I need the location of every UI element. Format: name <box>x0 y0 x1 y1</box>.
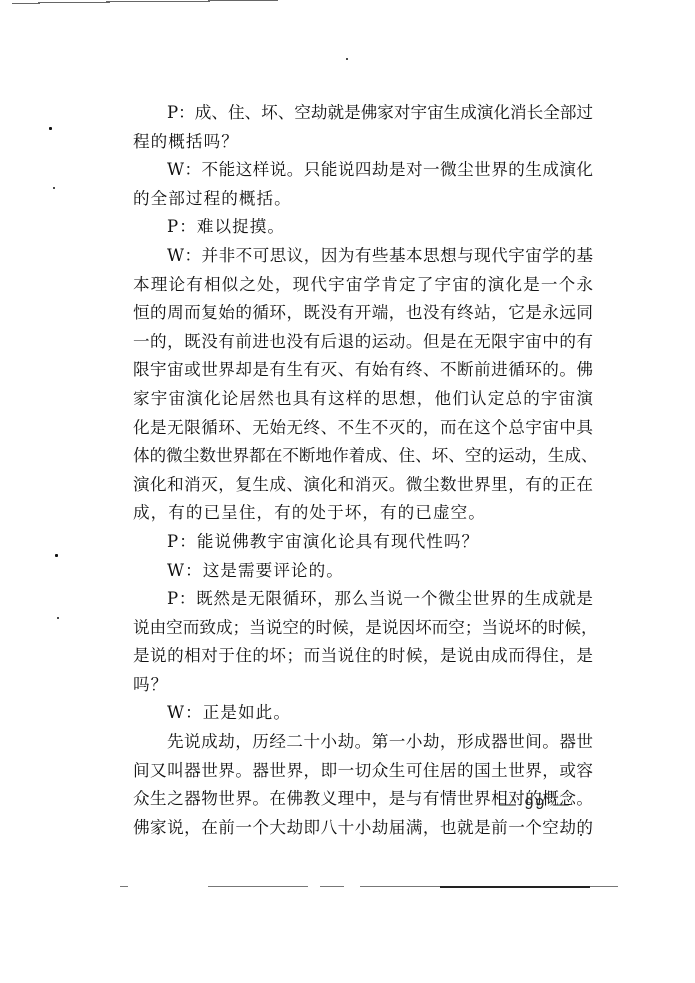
text-line: 吗？ <box>133 671 593 700</box>
text-line: W：并非不可思议，因为有些基本思想与现代宇宙学的基 <box>133 242 593 271</box>
text-line: 佛家说，在前一个大劫即八十小劫届满，也就是前一个空劫的 <box>133 814 593 843</box>
text-line: 演化和消灭，复生成、演化和消灭。微尘数世界里，有的正在 <box>133 471 593 500</box>
text-line: 恒的周而复始的循环，既没有开端，也没有终站，它是永远同 <box>133 299 593 328</box>
page-body-text: P：成、住、坏、空劫就是佛家对宇宙生成演化消长全部过程的概括吗？W：不能这样说。… <box>133 99 593 842</box>
text-line: 家宇宙演化论居然也具有这样的思想，他们认定总的宇宙演 <box>133 385 593 414</box>
text-line: P：成、住、坏、空劫就是佛家对宇宙生成演化消长全部过 <box>133 99 593 128</box>
text-line: W：不能这样说。只能说四劫是对一微尘世界的生成演化 <box>133 156 593 185</box>
scan-speck <box>53 187 55 189</box>
text-line: 先说成劫，历经二十小劫。第一小劫，形成器世间。器世 <box>133 728 593 757</box>
text-line: 一的，既没有前进也没有后退的运动。但是在无限宇宙中的有 <box>133 328 593 357</box>
scan-speck <box>49 127 52 130</box>
text-line: 的全部过程的概括。 <box>133 185 593 214</box>
scan-speck <box>57 617 59 619</box>
text-line: P：难以捉摸。 <box>133 213 593 242</box>
text-line: 是说的相对于住的坏；而当说住的时候，是说由成而得住，是 <box>133 642 593 671</box>
text-line: 化是无限循环、无始无终、不生不灭的，而在这个总宇宙中具 <box>133 414 593 443</box>
text-line: W：正是如此。 <box>133 699 593 728</box>
text-line: W：这是需要评论的。 <box>133 557 593 586</box>
scan-speck <box>55 554 58 557</box>
text-line: 程的概括吗？ <box>133 128 593 157</box>
page-number: — 99 — <box>500 796 571 814</box>
text-line: 说由空而致成；当说空的时候，是说因坏而空；当说坏的时候， <box>133 614 593 643</box>
text-line: 限宇宙或世界却是有生有灭、有始有终、不断前进循环的。佛 <box>133 356 593 385</box>
scan-speck <box>346 58 348 60</box>
text-line: 本理论有相似之处，现代宇宙学肯定了宇宙的演化是一个永 <box>133 271 593 300</box>
text-line: 间又叫器世界。器世界，即一切众生可住居的国土世界，或容 <box>133 757 593 786</box>
text-line: P：能说佛教宇宙演化论具有现代性吗？ <box>133 528 593 557</box>
scan-edge-line <box>10 0 278 4</box>
text-line: P：既然是无限循环，那么当说一个微尘世界的生成就是 <box>133 585 593 614</box>
text-line: 成，有的已呈住，有的处于坏，有的已虚空。 <box>133 499 593 528</box>
text-line: 体的微尘数世界都在不断地作着成、住、坏、空的运动，生成、 <box>133 442 593 471</box>
scan-bottom-rule <box>120 886 620 888</box>
